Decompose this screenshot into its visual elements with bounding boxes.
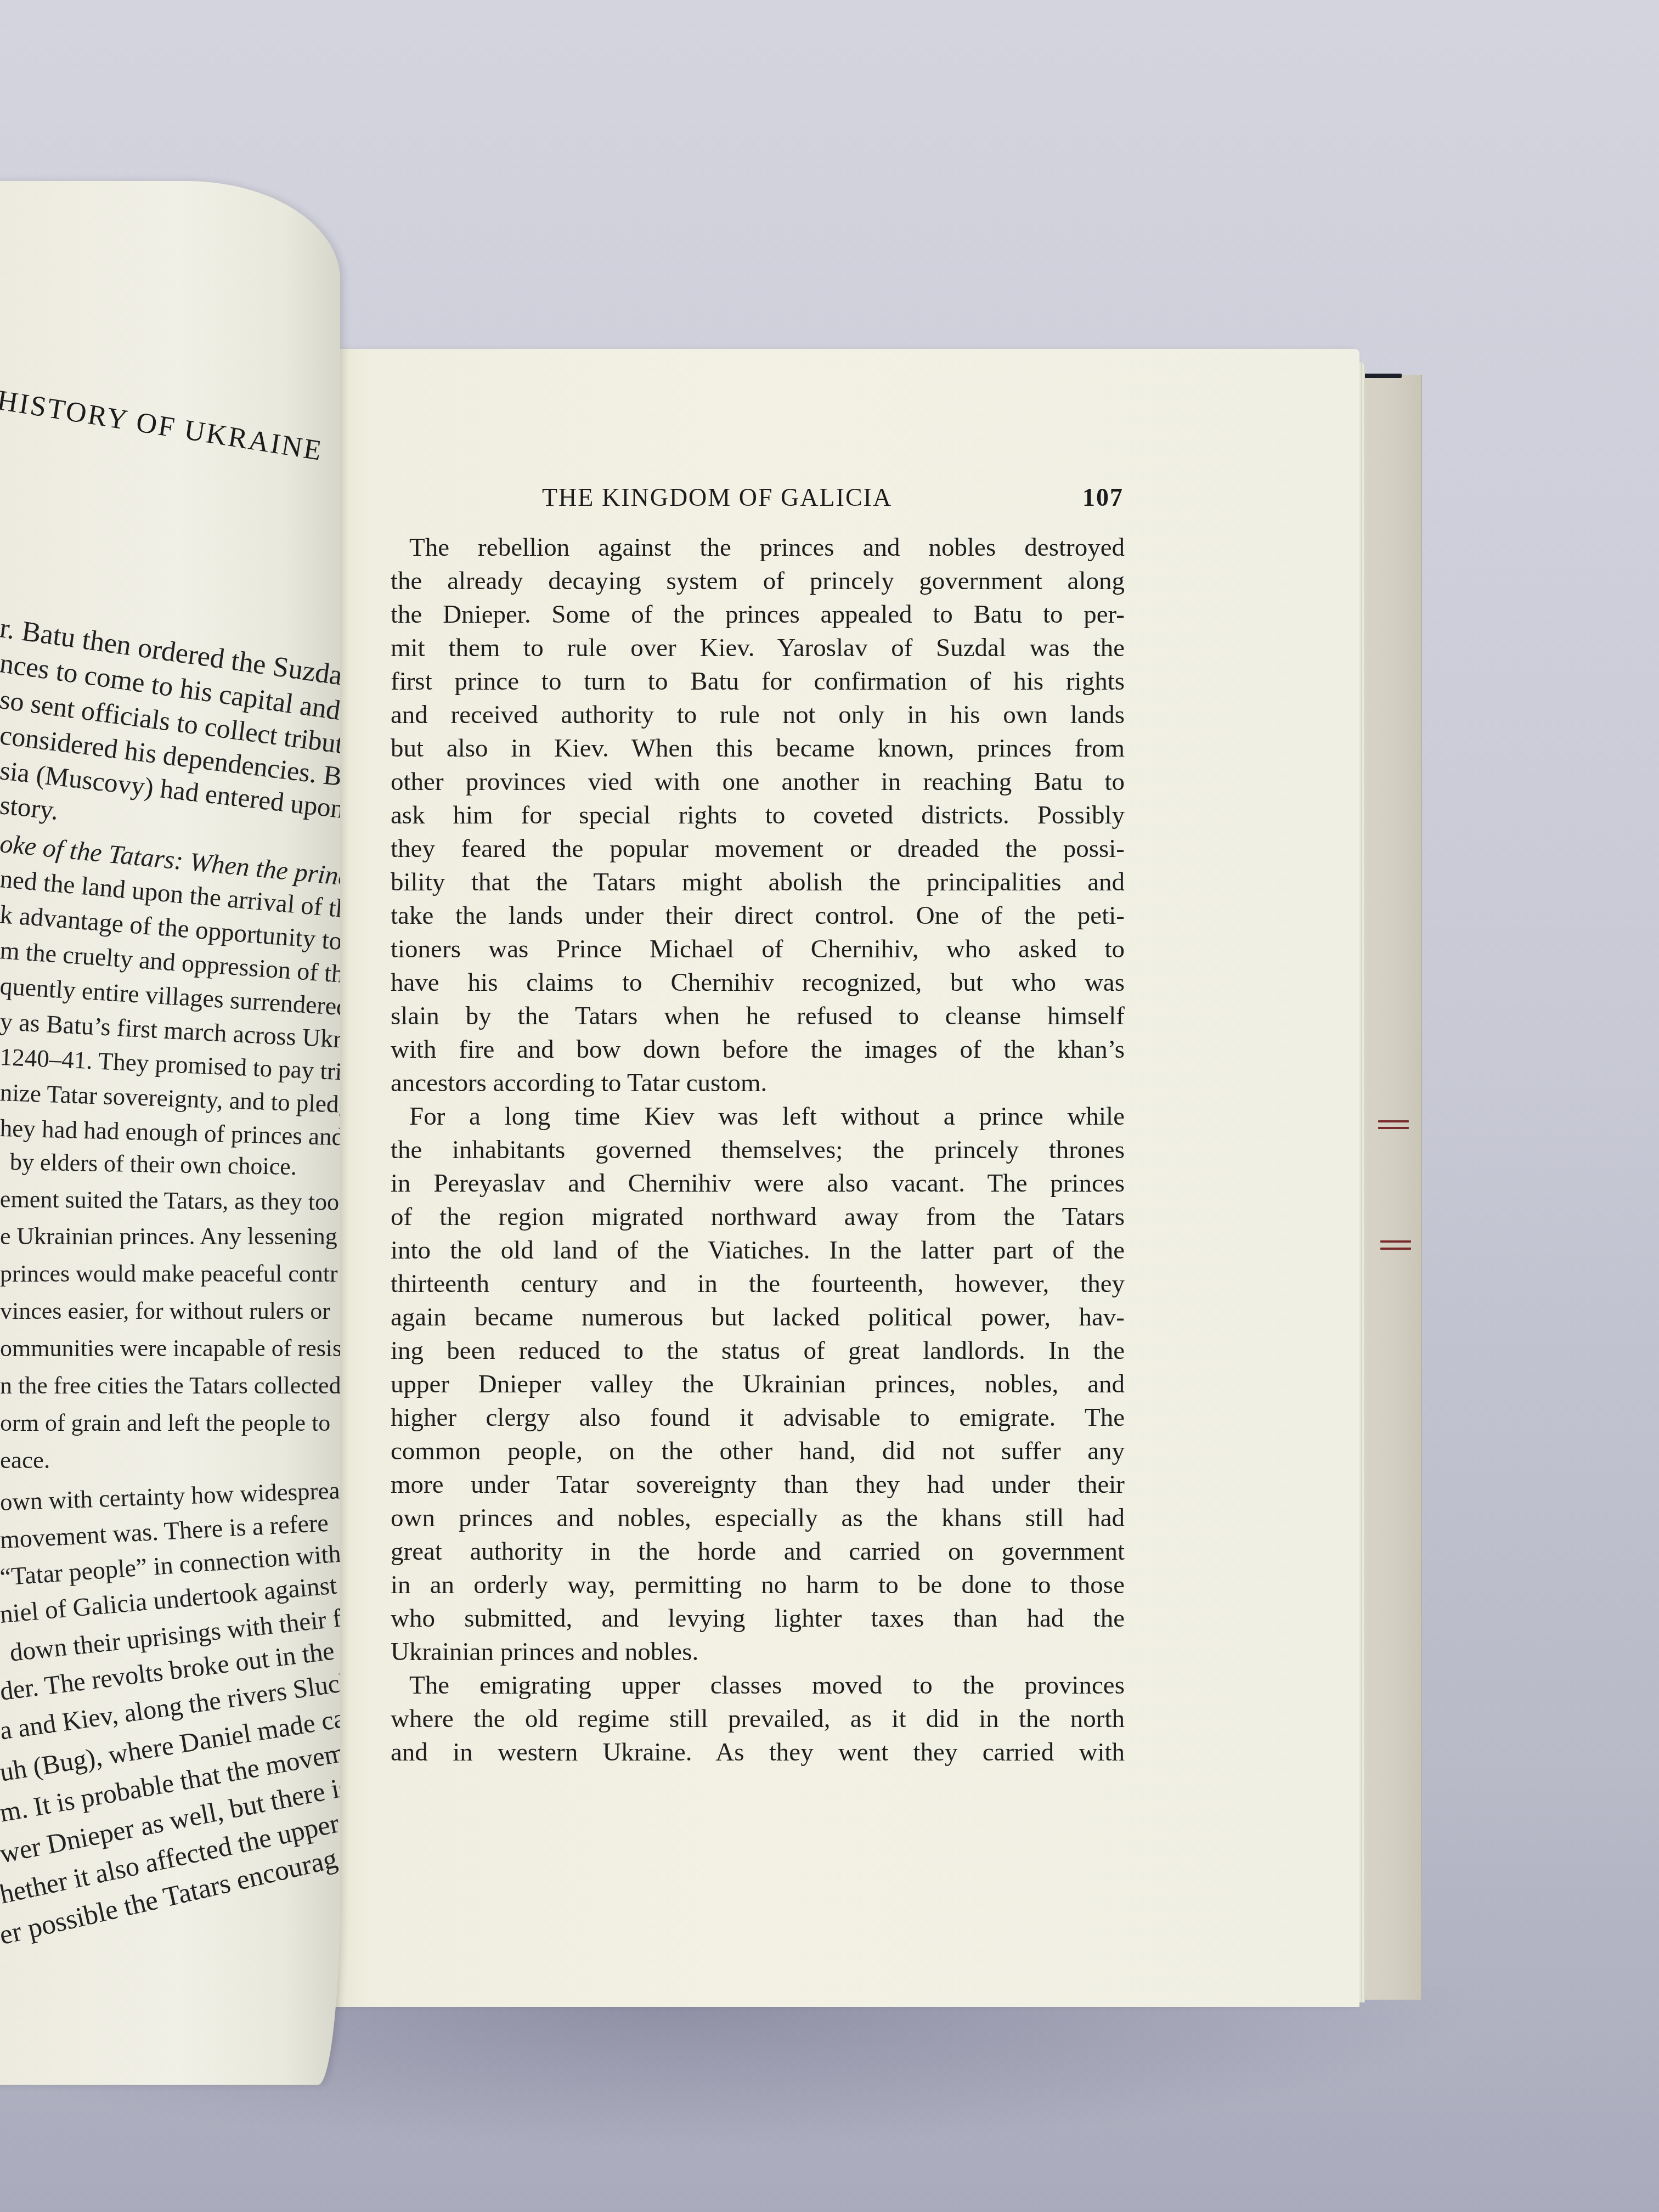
text-line: ement suited the Tatars, as they too xyxy=(0,1185,339,1216)
text-line: take the lands under their direct contro… xyxy=(391,899,1125,933)
text-line: upper Dnieper valley the Ukrainian princ… xyxy=(391,1368,1125,1401)
text-line: in Pereyaslav and Chernihiv were also va… xyxy=(391,1167,1125,1200)
text-line: princes would make peaceful contr xyxy=(0,1260,338,1288)
left-page-text: HISTORY OF UKRAINE r. Batu then ordered … xyxy=(0,181,340,2085)
text-line: and in western Ukraine. As they went the… xyxy=(391,1736,1125,1769)
text-line: The rebellion against the princes and no… xyxy=(391,531,1125,565)
body-text: The rebellion against the princes and no… xyxy=(391,531,1125,1769)
paragraph-3: The emigrating upper classes moved to th… xyxy=(391,1669,1125,1769)
text-line: other provinces vied with one another in… xyxy=(391,765,1125,799)
text-line: by elders of their own choice. xyxy=(10,1148,297,1181)
text-line: first prince to turn to Batu for confirm… xyxy=(391,665,1125,698)
running-head: THE KINGDOM OF GALICIA 107 xyxy=(542,483,1124,516)
text-line: who submitted, and levying lighter taxes… xyxy=(391,1602,1125,1635)
chapter-title: THE KINGDOM OF GALICIA xyxy=(542,483,892,512)
text-line: the already decaying system of princely … xyxy=(391,565,1125,598)
text-line: thirteenth century and in the fourteenth… xyxy=(391,1267,1125,1301)
text-line: eace. xyxy=(0,1446,50,1474)
text-line: hey had had enough of princes and xyxy=(0,1114,340,1151)
text-line: common people, on the other hand, did no… xyxy=(391,1435,1125,1468)
left-running-head: HISTORY OF UKRAINE xyxy=(0,384,325,467)
text-line: ommunities were incapable of resis xyxy=(0,1334,340,1362)
text-line: again became numerous but lacked politic… xyxy=(391,1301,1125,1334)
text-line: more under Tatar sovereignty than they h… xyxy=(391,1468,1125,1502)
text-line: but also in Kiev. When this became known… xyxy=(391,732,1125,765)
text-line: The emigrating upper classes moved to th… xyxy=(391,1669,1125,1702)
text-line: ancestors according to Tatar custom. xyxy=(391,1066,1125,1100)
text-line: orm of grain and left the people to xyxy=(0,1409,330,1437)
text-line: in an orderly way, permitting no harm to… xyxy=(391,1568,1125,1602)
text-line: ask him for special rights to coveted di… xyxy=(391,799,1125,832)
left-page: HISTORY OF UKRAINE r. Batu then ordered … xyxy=(0,181,340,2085)
text-line: Ukrainian princes and nobles. xyxy=(391,1635,1125,1669)
text-line: great authority in the horde and carried… xyxy=(391,1535,1125,1568)
text-line: higher clergy also found it advisable to… xyxy=(391,1401,1125,1435)
text-line: story. xyxy=(0,789,60,826)
text-line: tioners was Prince Michael of Chernihiv,… xyxy=(391,933,1125,966)
text-line: have his claims to Chernihiv recognized,… xyxy=(391,966,1125,1000)
text-line: and received authority to rule not only … xyxy=(391,698,1125,732)
text-line: the Dnieper. Some of the princes appeale… xyxy=(391,598,1125,631)
text-line: the inhabitants governed themselves; the… xyxy=(391,1133,1125,1167)
text-line: where the old regime still prevailed, as… xyxy=(391,1702,1125,1736)
text-line: they feared the popular movement or drea… xyxy=(391,832,1125,866)
text-line: own princes and nobles, especially as th… xyxy=(391,1502,1125,1535)
text-line: vinces easier, for without rulers or xyxy=(0,1297,330,1325)
text-line: bility that the Tatars might abolish the… xyxy=(391,866,1125,899)
paragraph-2: For a long time Kiev was left without a … xyxy=(391,1100,1125,1669)
text-line: n the free cities the Tatars collected xyxy=(0,1372,340,1400)
text-line: For a long time Kiev was left without a … xyxy=(391,1100,1125,1133)
text-line: with fire and bow down before the images… xyxy=(391,1033,1125,1066)
text-line: of the region migrated northward away fr… xyxy=(391,1200,1125,1234)
text-line: nize Tatar sovereignty, and to pledge xyxy=(0,1078,340,1119)
cover-decorative-line xyxy=(1378,1120,1409,1122)
cover-decorative-line xyxy=(1378,1127,1409,1129)
text-line: e Ukrainian princes. Any lessening xyxy=(0,1222,337,1250)
paragraph-1: The rebellion against the princes and no… xyxy=(391,531,1125,1100)
text-line: slain by the Tatars when he refused to c… xyxy=(391,1000,1125,1033)
text-line: into the old land of the Viatiches. In t… xyxy=(391,1234,1125,1267)
text-line: ing been reduced to the status of great … xyxy=(391,1334,1125,1368)
cover-decorative-line xyxy=(1380,1240,1411,1243)
cover-decorative-line xyxy=(1380,1248,1411,1250)
page-number: 107 xyxy=(1082,483,1124,512)
text-line: mit them to rule over Kiev. Yaroslav of … xyxy=(391,631,1125,665)
